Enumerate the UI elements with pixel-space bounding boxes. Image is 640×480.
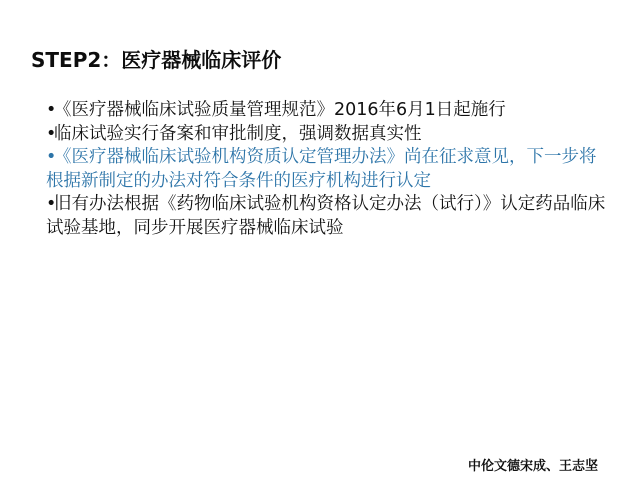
bullet-item: •旧有办法根据《药物临床试验机构资格认定办法（试行）》认定药品临床试验基地，同步… (46, 193, 606, 240)
bullet-text: 《医疗器械临床试验机构资质认定管理办法》尚在征求意见，下一步将根据新制定的办法对… (46, 147, 597, 191)
slide-title: STEP2：医疗器械临床评价 (31, 44, 281, 73)
bullet-marker: • (46, 146, 54, 170)
bullet-text: 《医疗器械临床试验质量管理规范》2016年6月1日起施行 (54, 100, 506, 120)
bullet-marker: • (46, 123, 54, 147)
bullet-text: 旧有办法根据《药物临床试验机构资格认定办法（试行）》认定药品临床试验基地，同步开… (46, 194, 605, 238)
bullet-item: •《医疗器械临床试验质量管理规范》2016年6月1日起施行 (46, 99, 606, 123)
slide: STEP2：医疗器械临床评价 •《医疗器械临床试验质量管理规范》2016年6月1… (0, 0, 640, 480)
bullet-list: •《医疗器械临床试验质量管理规范》2016年6月1日起施行 •临床试验实行备案和… (46, 99, 606, 240)
bullet-marker: • (46, 99, 54, 123)
bullet-marker: • (46, 193, 54, 217)
bullet-text: 临床试验实行备案和审批制度，强调数据真实性 (54, 124, 422, 144)
bullet-item-highlighted: •《医疗器械临床试验机构资质认定管理办法》尚在征求意见，下一步将根据新制定的办法… (46, 146, 606, 193)
bullet-item: •临床试验实行备案和审批制度，强调数据真实性 (46, 123, 606, 147)
author-credit: 中伦文德宋成、王志坚 (468, 455, 598, 474)
